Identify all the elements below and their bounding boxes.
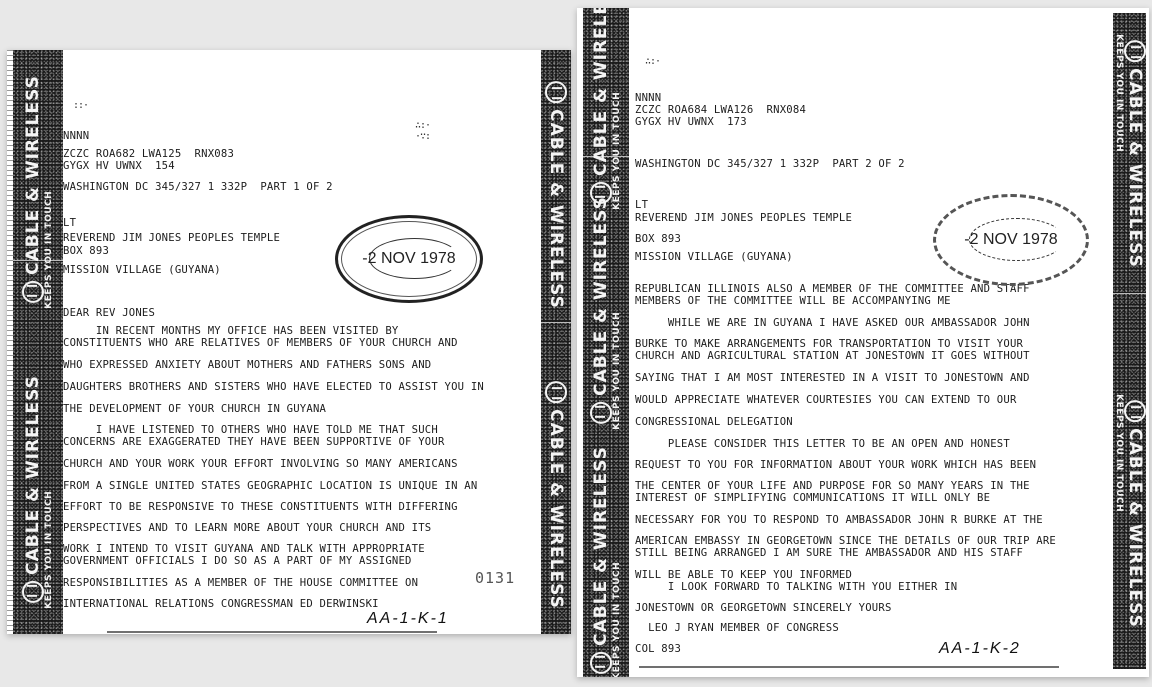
strip-brand: CABLE & WIRELESS KEEPS YOU IN TOUCH (22, 375, 54, 609)
body-line: FROM A SINGLE UNITED STATES GEOGRAPHIC L… (63, 480, 477, 492)
strip-brand: CABLE & WIRELESS KEEPS YOU IN TOUCH (1114, 34, 1146, 268)
body-line: WOULD APPRECIATE WHATEVER COURTESIES YOU… (635, 394, 1017, 406)
address-line: BOX 893 (63, 245, 109, 257)
body-line: PERSPECTIVES AND TO LEARN MORE ABOUT YOU… (63, 522, 431, 534)
cable-wireless-logo-icon (1124, 40, 1146, 62)
telegram-text-page-1: NNNN ZCZC ROA682 LWA125 RNX083 GYGX HV U… (63, 50, 533, 634)
body-line: CHURCH AND AGRICULTURAL STATION AT JONES… (635, 350, 1030, 362)
bottom-rule (107, 631, 437, 633)
body-line: AMERICAN EMBASSY IN GEORGETOWN SINCE THE… (635, 535, 1056, 547)
address-line: MISSION VILLAGE (GUYANA) (63, 264, 221, 276)
strip-brand: CABLE & WIRELESS (545, 375, 567, 609)
address-line: REVEREND JIM JONES PEOPLES TEMPLE (635, 212, 852, 224)
body-line: GOVERNMENT OFFICIALS I DO SO AS A PART O… (63, 555, 412, 567)
header-line: NNNN (635, 92, 661, 104)
cable-wireless-logo-icon (22, 281, 44, 303)
body-line: SAYING THAT I AM MOST INTERESTED IN A VI… (635, 372, 1030, 384)
address-line: BOX 893 (635, 233, 681, 245)
address-line: REVEREND JIM JONES PEOPLES TEMPLE (63, 232, 280, 244)
strip-brand: CABLE & WIRELESS KEEPS YOU IN TOUCH (1114, 394, 1146, 628)
cable-wireless-strip-left: CABLE & WIRELESS KEEPS YOU IN TOUCH CABL… (583, 8, 629, 677)
header-line: ZCZC ROA684 LWA126 RNX084 (635, 104, 806, 116)
telegram-page-1: CABLE & WIRELESS KEEPS YOU IN TOUCH CABL… (7, 50, 571, 634)
body-line: WILL BE ABLE TO KEEP YOU INFORMED (635, 569, 852, 581)
address-line: MISSION VILLAGE (GUYANA) (635, 251, 793, 263)
body-line: CONGRESSIONAL DELEGATION (635, 416, 793, 428)
body-line: JONESTOWN OR GEORGETOWN SINCERELY YOURS (635, 602, 892, 614)
body-line: THE CENTER OF YOUR LIFE AND PURPOSE FOR … (635, 480, 1030, 492)
bottom-rule (639, 666, 1059, 668)
body-line: CONSTITUENTS WHO ARE RELATIVES OF MEMBER… (63, 337, 458, 349)
body-line: NECESSARY FOR YOU TO RESPOND TO AMBASSAD… (635, 514, 1043, 526)
received-date-stamp: -2 NOV 1978 (335, 215, 483, 303)
header-line: GYGX HV UWNX 173 (635, 116, 747, 128)
strip-brand: CABLE & WIRELESS KEEPS YOU IN TOUCH (22, 75, 54, 309)
body-line: COL 893 (635, 643, 681, 655)
header-line: WASHINGTON DC 345/327 1 332P PART 1 OF 2 (63, 181, 333, 193)
reference-number: 0131 (475, 569, 515, 587)
telegram-page-2: CABLE & WIRELESS KEEPS YOU IN TOUCH CABL… (577, 8, 1149, 677)
header-line: NNNN (63, 130, 89, 142)
body-line: REQUEST TO YOU FOR INFORMATION ABOUT YOU… (635, 459, 1036, 471)
body-line: RESPONSIBILITIES AS A MEMBER OF THE HOUS… (63, 577, 418, 589)
strip-brand: CABLE & WIRELESS KEEPS YOU IN TOUCH (590, 446, 622, 677)
header-line: ZCZC ROA682 LWA125 RNX083 (63, 148, 234, 160)
header-line: LT (63, 217, 76, 229)
body-line: IN RECENT MONTHS MY OFFICE HAS BEEN VISI… (63, 325, 398, 337)
body-line: WHO EXPRESSED ANXIETY ABOUT MOTHERS AND … (63, 359, 431, 371)
body-line: WHILE WE ARE IN GUYANA I HAVE ASKED OUR … (635, 317, 1030, 329)
cable-wireless-strip-left: CABLE & WIRELESS KEEPS YOU IN TOUCH CABL… (13, 50, 63, 634)
body-line: I HAVE LISTENED TO OTHERS WHO HAVE TOLD … (63, 424, 438, 436)
body-line: CONCERNS ARE EXAGGERATED THEY HAVE BEEN … (63, 436, 445, 448)
body-line: CHURCH AND YOUR WORK YOUR EFFORT INVOLVI… (63, 458, 458, 470)
stamp-date: -2 NOV 1978 (936, 231, 1086, 249)
cable-wireless-strip-right: CABLE & WIRELESS CABLE & WIRELESS (541, 50, 571, 634)
body-line: WORK I INTEND TO VISIT GUYANA AND TALK W… (63, 543, 425, 555)
body-line: STILL BEING ARRANGED I AM SURE THE AMBAS… (635, 547, 1023, 559)
cable-wireless-logo-icon (545, 381, 567, 403)
body-line: THE DEVELOPMENT OF YOUR CHURCH IN GUYANA (63, 403, 326, 415)
body-line: INTERNATIONAL RELATIONS CONGRESSMAN ED D… (63, 598, 379, 610)
body-line: PLEASE CONSIDER THIS LETTER TO BE AN OPE… (635, 438, 1010, 450)
cable-wireless-logo-icon (590, 651, 612, 673)
handwritten-archive-label: AA-1-K-2 (939, 640, 1021, 658)
body-line: LEO J RYAN MEMBER OF CONGRESS (635, 622, 839, 634)
strip-brand: CABLE & WIRELESS KEEPS YOU IN TOUCH (590, 196, 622, 430)
cable-wireless-logo-icon (590, 401, 612, 423)
header-line: LT (635, 199, 648, 211)
strip-brand: CABLE & WIRELESS KEEPS YOU IN TOUCH (590, 8, 622, 209)
cable-wireless-logo-icon (545, 81, 567, 103)
body-line: I LOOK FORWARD TO TALKING WITH YOU EITHE… (635, 581, 957, 593)
received-date-stamp: -2 NOV 1978 (933, 194, 1089, 286)
strip-brand: CABLE & WIRELESS (545, 75, 567, 309)
header-line: GYGX HV UWNX 154 (63, 160, 175, 172)
body-line: BURKE TO MAKE ARRANGEMENTS FOR TRANSPORT… (635, 338, 1023, 350)
body-line: DAUGHTERS BROTHERS AND SISTERS WHO HAVE … (63, 381, 484, 393)
cable-wireless-strip-right: CABLE & WIRELESS KEEPS YOU IN TOUCH CABL… (1113, 13, 1146, 669)
cable-wireless-logo-icon (1124, 400, 1146, 422)
stamp-date: -2 NOV 1978 (338, 250, 480, 268)
body-line: INTEREST OF SIMPLIFYING COMMUNICATIONS I… (635, 492, 990, 504)
cable-wireless-logo-icon (22, 581, 44, 603)
handwritten-archive-label: AA-1-K-1 (367, 610, 449, 628)
body-line: DEAR REV JONES (63, 307, 155, 319)
body-line: REPUBLICAN ILLINOIS ALSO A MEMBER OF THE… (635, 283, 1030, 295)
telegram-text-page-2: NNNN ZCZC ROA684 LWA126 RNX084 GYGX HV U… (635, 8, 1105, 677)
header-line: WASHINGTON DC 345/327 1 332P PART 2 OF 2 (635, 158, 905, 170)
body-line: EFFORT TO BE RESPONSIVE TO THESE CONSTIT… (63, 501, 458, 513)
body-line: MEMBERS OF THE COMMITTEE WILL BE ACCOMPA… (635, 295, 951, 307)
